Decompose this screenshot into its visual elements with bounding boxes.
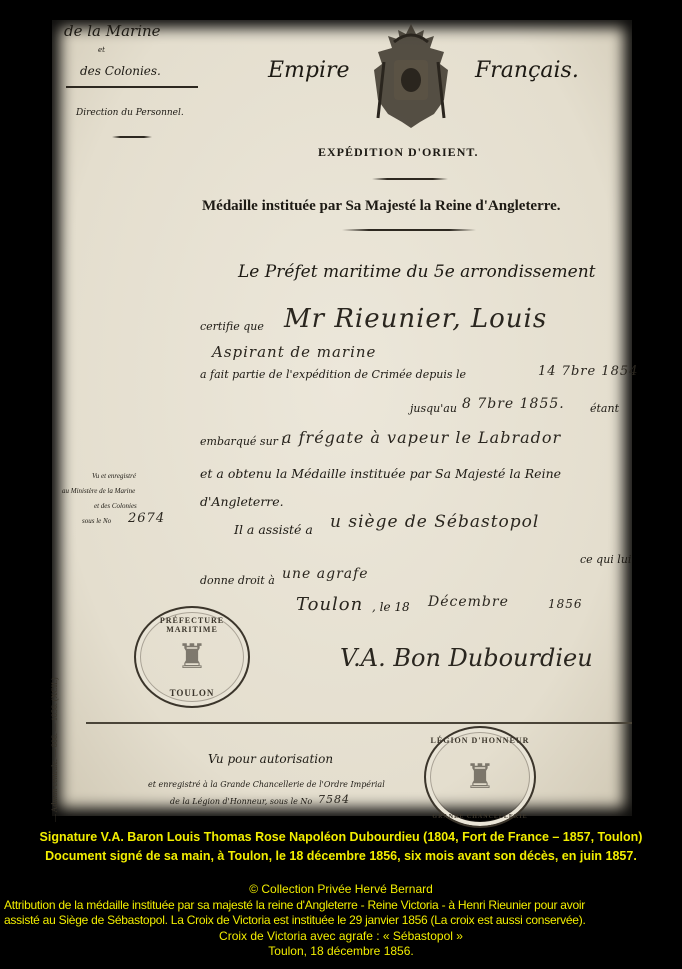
body-donne-droit: donne droit à <box>200 574 275 587</box>
header-et: et <box>98 46 105 54</box>
body-expedition-crimee: a fait partie de l'expédition de Crimée … <box>200 368 466 381</box>
lower-vu-autorisation: Vu pour autorisation <box>208 752 333 766</box>
header-colonies: des Colonies. <box>80 64 161 78</box>
caption-signature-line: Signature V.A. Baron Louis Thomas Rose N… <box>0 828 682 847</box>
body-prefet: Le Préfet maritime du 5e arrondissement <box>238 262 596 282</box>
agrafe-count: une agrafe <box>282 566 369 582</box>
siege-sebastopol: u siège de Sébastopol <box>330 512 539 532</box>
caption-para2: assisté au Siège de Sébastopol. La Croix… <box>0 913 682 929</box>
eagle-icon: ♜ <box>177 637 207 677</box>
body-assiste: Il a assisté a <box>234 522 313 537</box>
caption-document-line: Document signé de sa main, à Toulon, le … <box>0 847 682 866</box>
margin-vu-enregistre: Vu et enregistré <box>92 472 136 480</box>
date-month: Décembre <box>428 594 509 610</box>
caption-credit: © Collection Privée Hervé Bernard <box>0 882 682 898</box>
body-angleterre: d'Angleterre. <box>200 494 284 509</box>
caption-header: Signature V.A. Baron Louis Thomas Rose N… <box>0 828 682 866</box>
body-certifie: certifie que <box>200 320 264 333</box>
place-toulon: Toulon <box>296 594 363 615</box>
legion-honneur-stamp: LÉGION D'HONNEUR ♜ GRANDE CHANCELLERIE <box>424 726 536 828</box>
body-etant: étant <box>590 402 619 415</box>
stamp2-top-text: LÉGION D'HONNEUR <box>426 736 534 745</box>
caption-para1: Attribution de la médaille instituée par… <box>0 898 682 914</box>
medal-title: Médaille instituée par Sa Majesté la Rei… <box>202 198 561 215</box>
header-empire: Empire <box>268 58 350 83</box>
margin-ministere: au Ministère de la Marine <box>62 487 135 495</box>
margin-register-number: 2674 <box>128 511 165 526</box>
header-direction: Direction du Personnel. <box>76 108 184 118</box>
body-ce-qui-lui: ce qui lui <box>580 553 631 566</box>
printer-note-vertical: — Admon centrale. — 806. — 1856. (XCII.) <box>50 677 59 822</box>
header-left-rule <box>66 86 198 88</box>
body-embarque: embarqué sur l <box>200 435 285 448</box>
title-divider <box>372 178 448 180</box>
imperial-crest-icon <box>364 22 458 130</box>
margin-colonies: et des Colonies <box>94 502 137 510</box>
lower-legion-honneur: de la Légion d'Honneur, sous le No <box>170 797 312 806</box>
recipient-rank: Aspirant de marine <box>212 343 376 361</box>
caption-para4: Toulon, 18 décembre 1856. <box>0 944 682 960</box>
medal-title-divider <box>342 229 476 231</box>
body-jusquau: jusqu'au <box>410 402 457 415</box>
date-year: 1856 <box>548 597 583 611</box>
eagle-icon: ♜ <box>465 757 495 797</box>
header-marine: de la Marine <box>64 22 161 40</box>
lower-register-number: 7584 <box>318 793 350 806</box>
stamp1-bottom-text: TOULON <box>136 688 248 698</box>
stamp1-top-text: PRÉFECTURE MARITIME <box>136 616 248 634</box>
stamp2-bottom-text: GRANDE CHANCELLERIE <box>426 814 534 820</box>
signature-dubourdieu: V.A. Bon Dubourdieu <box>340 644 593 672</box>
header-francais: Français. <box>475 58 579 83</box>
date-le-18: , le 18 <box>372 600 410 614</box>
prefecture-maritime-stamp: PRÉFECTURE MARITIME ♜ TOULON <box>134 606 250 708</box>
caption-para3: Croix de Victoria avec agrafe : « Sébast… <box>0 929 682 945</box>
date-to: 8 7bre 1855. <box>462 396 565 412</box>
date-from: 14 7bre 1854 <box>538 364 638 379</box>
caption-details: © Collection Privée Hervé Bernard Attrib… <box>0 882 682 960</box>
ship-name: a frégate à vapeur le Labrador <box>282 428 561 447</box>
section-divider <box>86 722 632 724</box>
body-medaille-obtenue: et a obtenu la Médaille instituée par Sa… <box>200 466 561 481</box>
margin-sous-le-no: sous le No <box>82 517 111 525</box>
recipient-name: Mr Rieunier, Louis <box>284 304 547 334</box>
lower-grande-chancellerie: et enregistré à la Grande Chancellerie d… <box>148 780 385 789</box>
expedition-title: EXPÉDITION D'ORIENT. <box>318 145 478 160</box>
header-left-dash <box>112 136 152 138</box>
